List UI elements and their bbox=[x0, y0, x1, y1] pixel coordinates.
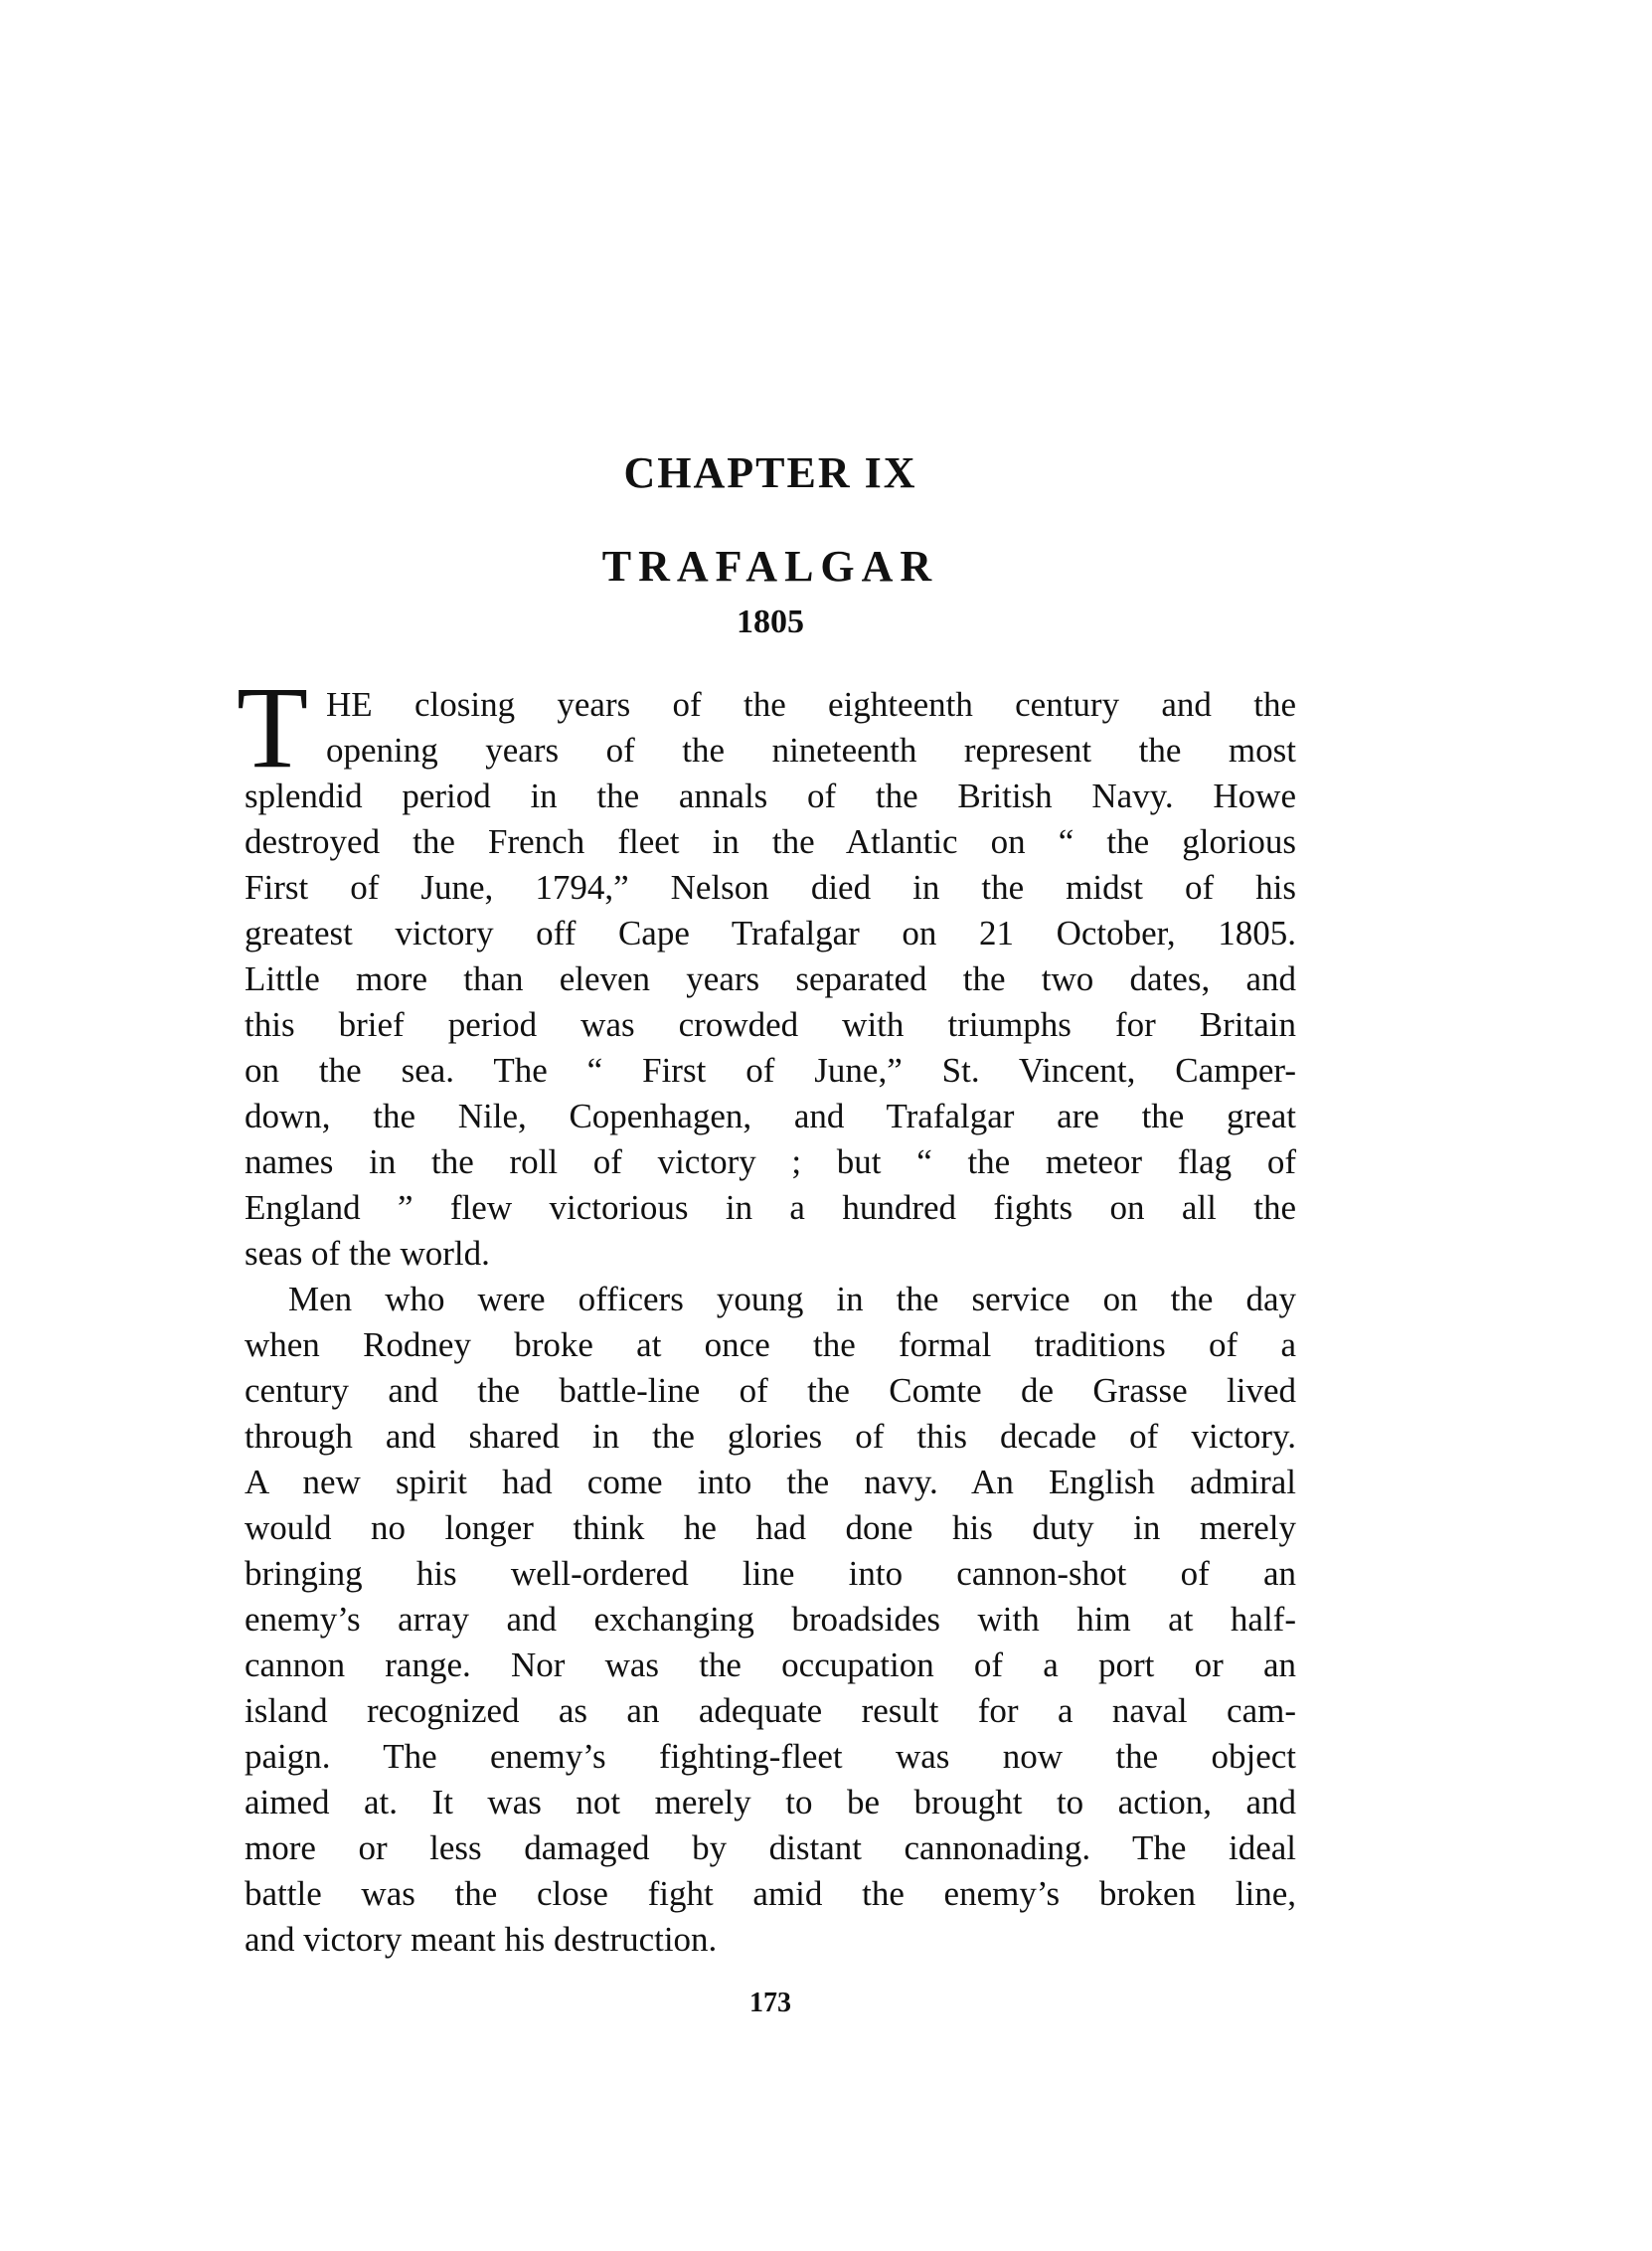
text-line: Little more than eleven years separated … bbox=[245, 956, 1296, 1002]
text-line: aimed at. It was not merely to be brough… bbox=[245, 1780, 1296, 1825]
text-line: through and shared in the glories of thi… bbox=[245, 1414, 1296, 1460]
paragraph-1: T HE closing years of the eighteenth cen… bbox=[245, 682, 1296, 1277]
chapter-label: CHAPTER IX bbox=[0, 449, 1541, 497]
text-line: enemy’s array and exchanging broadsides … bbox=[245, 1597, 1296, 1643]
text-line: century and the battle-line of the Comte… bbox=[245, 1368, 1296, 1414]
chapter-title: TRAFALGAR bbox=[0, 543, 1541, 591]
text-line: greatest victory off Cape Trafalgar on 2… bbox=[245, 911, 1296, 956]
text-line: when Rodney broke at once the formal tra… bbox=[245, 1322, 1296, 1368]
text-line: England ” flew victorious in a hundred f… bbox=[245, 1185, 1296, 1231]
text-line: names in the roll of victory ; but “ the… bbox=[245, 1139, 1296, 1185]
paragraph-2: Men who were officers young in the servi… bbox=[245, 1277, 1296, 1963]
page-number: 173 bbox=[0, 1987, 1541, 2020]
text-line: HE closing years of the eighteenth centu… bbox=[245, 682, 1296, 728]
text-line: A new spirit had come into the navy. An … bbox=[245, 1460, 1296, 1505]
text-line: island recognized as an adequate result … bbox=[245, 1688, 1296, 1734]
text-line: seas of the world. bbox=[245, 1231, 1296, 1277]
text-line: splendid period in the annals of the Bri… bbox=[245, 774, 1296, 819]
text-line: and victory meant his destruction. bbox=[245, 1917, 1296, 1963]
text-line: on the sea. The “ First of June,” St. Vi… bbox=[245, 1048, 1296, 1094]
text-line: First of June, 1794,” Nelson died in the… bbox=[245, 865, 1296, 911]
text-line: more or less damaged by distant cannonad… bbox=[245, 1825, 1296, 1871]
text-line: cannon range. Nor was the occupation of … bbox=[245, 1643, 1296, 1688]
drop-cap: T bbox=[237, 678, 308, 778]
text-line: bringing his well-ordered line into cann… bbox=[245, 1551, 1296, 1597]
text-line: battle was the close fight amid the enem… bbox=[245, 1871, 1296, 1917]
chapter-year: 1805 bbox=[0, 603, 1541, 642]
text-line: opening years of the nineteenth represen… bbox=[245, 728, 1296, 774]
text-line: paign. The enemy’s fighting-fleet was no… bbox=[245, 1734, 1296, 1780]
text-line: down, the Nile, Copenhagen, and Trafalga… bbox=[245, 1094, 1296, 1139]
body-text: T HE closing years of the eighteenth cen… bbox=[245, 682, 1296, 1963]
text-line: destroyed the French fleet in the Atlant… bbox=[245, 819, 1296, 865]
text-line: would no longer think he had done his du… bbox=[245, 1505, 1296, 1551]
text-line: this brief period was crowded with trium… bbox=[245, 1002, 1296, 1048]
text-line: Men who were officers young in the servi… bbox=[245, 1277, 1296, 1322]
